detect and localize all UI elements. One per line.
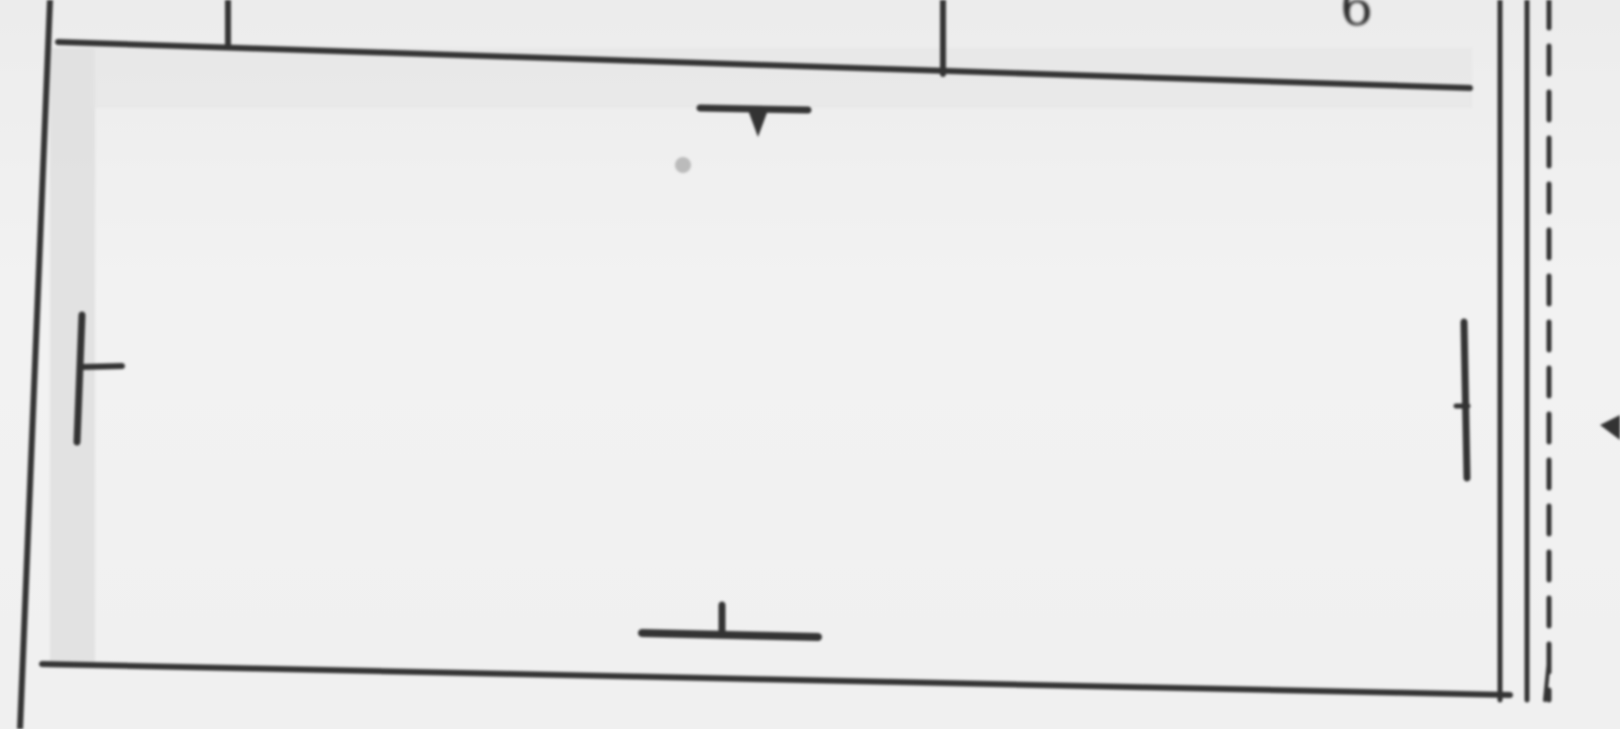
marker-bottom: [642, 605, 818, 637]
top-shading: [92, 48, 1472, 108]
marker-right: [1456, 322, 1468, 478]
bottom-wall: [42, 664, 1510, 695]
marker-top: [700, 108, 808, 137]
edge-arrow: [1600, 415, 1620, 440]
left-wall: [20, 0, 50, 729]
wall-markers: [77, 108, 1620, 637]
smudge: [675, 157, 691, 173]
room-number-label: 6: [1340, 0, 1373, 38]
wall-shading: [50, 48, 95, 668]
sketch-sheet: 6: [0, 0, 1620, 729]
floor-plan-drawing: [0, 0, 1620, 729]
